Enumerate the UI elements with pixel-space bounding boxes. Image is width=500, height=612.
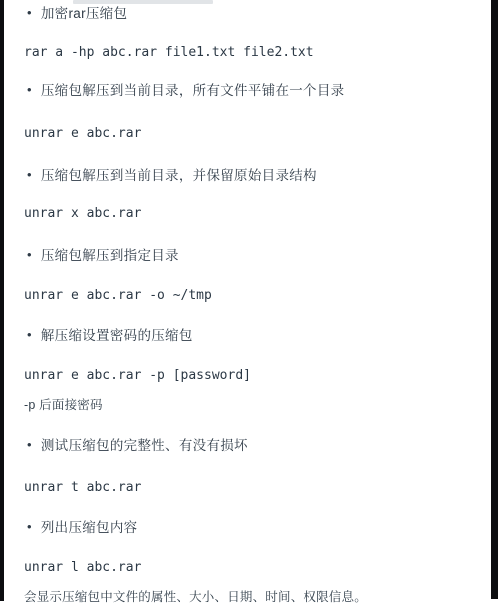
document-page: { "page": { "background_color": "#ffffff… [0, 0, 500, 612]
bullet-item: 测试压缩包的完整性、有没有损坏 [0, 436, 500, 455]
bullet-item: 压缩包解压到当前目录，所有文件平铺在一个目录 [0, 81, 500, 100]
code-line: unrar x abc.rar [0, 204, 500, 223]
bullet-item: 压缩包解压到指定目录 [0, 246, 500, 265]
code-line: unrar e abc.rar -o ~/tmp [0, 286, 500, 305]
code-line: rar a -hp abc.rar file1.txt file2.txt [0, 43, 500, 62]
code-line: unrar e abc.rar -p [password] [0, 366, 500, 385]
code-line: unrar e abc.rar [0, 124, 500, 143]
code-line: unrar t abc.rar [0, 478, 500, 497]
bullet-item: 压缩包解压到当前目录，并保留原始目录结构 [0, 166, 500, 185]
bullet-item: 加密rar压缩包 [0, 4, 500, 23]
bullet-item: 列出压缩包内容 [0, 518, 500, 537]
note-line: 会显示压缩包中文件的属性、大小、日期、时间、权限信息。 [0, 588, 500, 607]
code-line: unrar l abc.rar [0, 558, 500, 577]
bullet-item: 解压缩设置密码的压缩包 [0, 326, 500, 345]
note-line: -p 后面接密码 [0, 396, 500, 415]
